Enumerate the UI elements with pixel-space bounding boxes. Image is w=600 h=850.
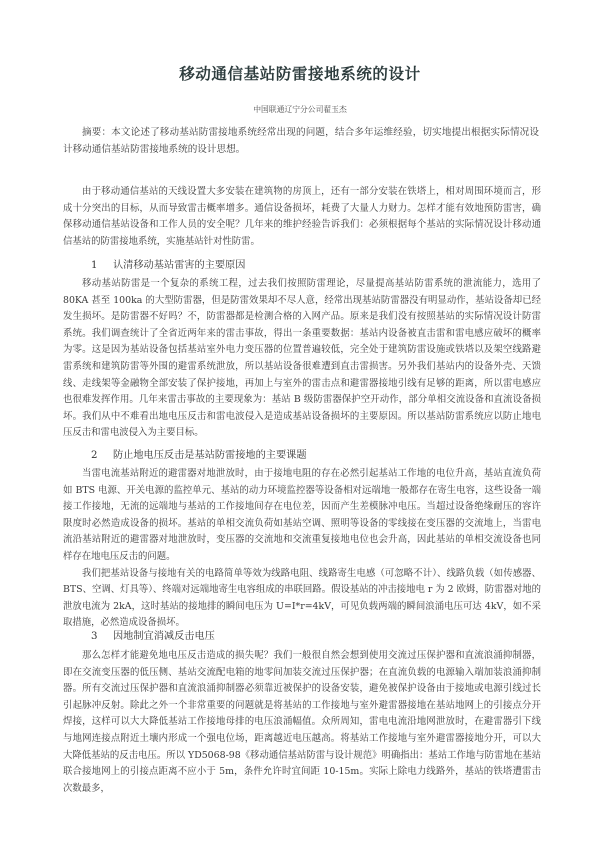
paragraph: 移动基站防雷是一个复杂的系统工程，过去我们按照防雷理论，尽量提高基站防雷系统的泄… <box>63 276 541 442</box>
paragraph: 当雷电流基站附近的避雷器对地泄放时，由于接地电阻的存在必然引起基站工作地的电位升… <box>63 466 541 566</box>
section-3-body: 那么怎样才能避免地电压反击造成的损失呢？我们一般很自然会想到使用交流过压保护器和… <box>63 648 541 797</box>
section-2-body: 当雷电流基站附近的避雷器对地泄放时，由于接地电阻的存在必然引起基站工作地的电位升… <box>63 466 541 632</box>
section-number: 1 <box>91 260 113 271</box>
section-title: 认清移动基站雷害的主要原因 <box>113 260 245 271</box>
intro-section: 由于移动通信基站的天线设置大多安装在建筑物的房顶上，还有一部分安装在铁塔上，相对… <box>63 184 541 250</box>
section-title: 防止地电压反击是基站防雷接地的主要课题 <box>113 450 307 461</box>
document-page: 移动通信基站防雷接地系统的设计 中国联通辽宁分公司翟玉杰 摘要：本文论述了移动基… <box>0 0 600 850</box>
paragraph: 那么怎样才能避免地电压反击造成的损失呢？我们一般很自然会想到使用交流过压保护器和… <box>63 648 541 797</box>
section-1-heading: 1认清移动基站雷害的主要原因 <box>91 256 245 271</box>
section-title: 因地制宜消减反击电压 <box>113 631 215 642</box>
section-2-heading: 2防止地电压反击是基站防雷接地的主要课题 <box>91 446 307 461</box>
paragraph: 我们把基站设备与接地有关的电路简单等效为线路电阻、线路寄生电感（可忽略不计）、线… <box>63 566 541 632</box>
section-1-body: 移动基站防雷是一个复杂的系统工程，过去我们按照防雷理论，尽量提高基站防雷系统的泄… <box>63 276 541 442</box>
section-3-heading: 3因地制宜消减反击电压 <box>91 627 215 642</box>
author-line: 中国联通辽宁分公司翟玉杰 <box>0 104 600 115</box>
intro-paragraph: 由于移动通信基站的天线设置大多安装在建筑物的房顶上，还有一部分安装在铁塔上，相对… <box>63 184 541 250</box>
section-number: 3 <box>91 631 113 642</box>
document-title: 移动通信基站防雷接地系统的设计 <box>0 62 600 84</box>
abstract: 摘要：本文论述了移动基站防雷接地系统经常出现的问题，结合多年运维经验，切实地提出… <box>63 124 539 158</box>
section-number: 2 <box>91 450 113 461</box>
